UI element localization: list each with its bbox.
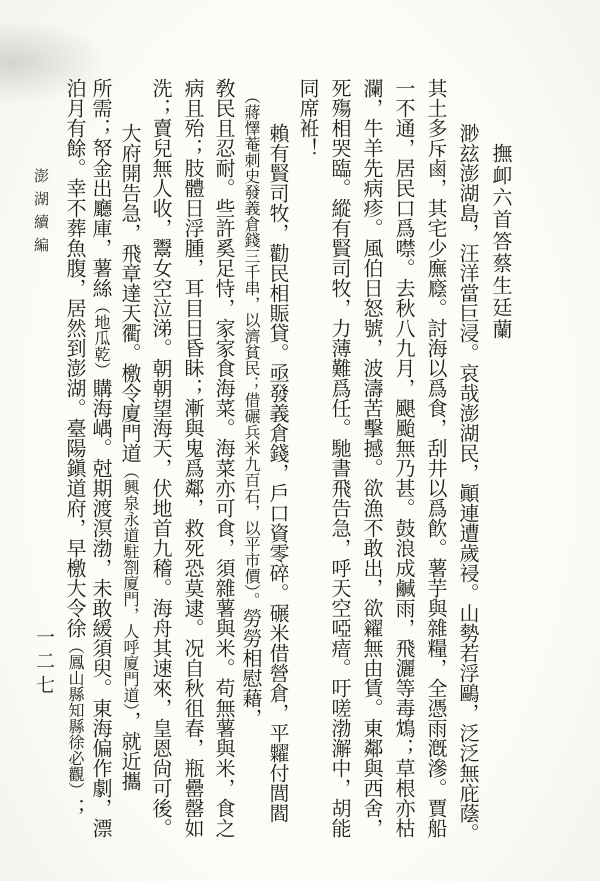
- poem-column-12-segment-2: 購海嵎。尅期渡溟渤，未敢緩須臾。東海偏作劇，漂: [89, 378, 111, 838]
- poem-column-10: 洗；賣兒無人收，鬻女空泣涕。朝朝望海天，伏地首九稽。海舟其速來，皇恩尙可後。: [144, 73, 176, 879]
- poem-column-12: 所需；帑金出廳庫，薯絲（地瓜乾）購海嵎。尅期渡溟渤，未敢緩須臾。東海偏作劇，漂: [87, 73, 114, 879]
- page-number: 一二七: [30, 627, 57, 699]
- annotation-column: （蔣懌菴刺史發義倉錢三千串，以濟貧民；借碾兵米九百石，以平市價）。勞勞相慰藉，: [237, 73, 263, 879]
- poem-column-7-segment-0: 賴有賢司牧，勸民相賑貸。亟發義倉錢，戶口資零碎。碾米借營倉，平糶付閭閻: [266, 123, 288, 823]
- poem-column-13-segment-2: ；: [63, 798, 85, 818]
- margin-book-title: 澎湖續編: [30, 168, 51, 260]
- poem-column-2-segment-0: 其土多斥鹵，其宅少廡廕。討海以爲食，刮井以爲飮。薯芋與雜糧，全憑雨漑滲。賈船: [424, 78, 446, 838]
- poem-column-8: 敎民且忍耐。些許奚足恃，家家食海菜。海菜亦可食，須雜薯與米。苟無薯與米，食之: [208, 73, 237, 879]
- poem-column-11-segment-2: ，就近攜: [118, 711, 140, 791]
- poem-column-5: 死殤相哭臨。縱有賢司牧，力薄難爲任。馳書飛告急，呼天空啞瘖。吁嗟渤澥中，胡能: [323, 73, 355, 879]
- scanned-book-page: { "document": { "margin": { "book_title"…: [0, 0, 600, 881]
- poem-column-4-segment-0: 瀾，牛羊先病疹。風伯日怒號，波濤苦擊撼。欲漁不敢出，欲糴無由賃。東鄰與西舍，: [360, 78, 382, 838]
- poem-column-12-segment-0: 所需；帑金出廳庫，薯絲: [89, 78, 111, 298]
- poem-column-6-segment-0: 同席袵！: [296, 78, 318, 158]
- poem-column-12-segment-1: （地瓜乾）: [92, 298, 109, 378]
- poem-title-segment-0: 撫卹六首答蔡生廷蘭: [489, 143, 511, 341]
- poem-column-1-segment-0: 渺玆澎湖島，汪洋當巨浸。哀哉澎湖民，顚連遭歲祲。山勢若浮鷗，泛泛無庇蔭。: [456, 123, 478, 843]
- poem-column-9: 病且殆；肢體日浮腫，耳目日昏眛；漸與鬼爲鄰，救死恐莫逮。况自秋徂春，瓶罍罄如: [176, 73, 208, 879]
- poem-title: 撫卹六首答蔡生廷蘭: [483, 73, 516, 879]
- poem-column-13-segment-0: 泊月有餘。幸不葬魚腹，居然到澎湖。臺陽鎭道府，早檄大令徐: [63, 78, 85, 638]
- poem-column-6: 同席袵！: [291, 73, 323, 879]
- annotation-column-segment-0: （蔣懌菴刺史發義倉錢三千串，以濟貧民；借碾兵米九百石，以平市價）。: [242, 88, 259, 608]
- poem-text-block: 撫卹六首答蔡生廷蘭渺玆澎湖島，汪洋當巨浸。哀哉澎湖民，顚連遭歲祲。山勢若浮鷗，泛…: [61, 73, 516, 879]
- poem-column-7: 賴有賢司牧，勸民相賑貸。亟發義倉錢，戶口資零碎。碾米借營倉，平糶付閭閻: [263, 73, 291, 879]
- poem-column-13-segment-1: （鳳山縣知縣徐必觀）: [66, 638, 83, 798]
- poem-column-3-segment-0: 一不通，居民口爲噤。去秋八九月，颶颱無乃甚。鼓浪成鹹雨，飛灑等毒鴆；草根亦枯: [392, 78, 414, 838]
- poem-column-11: 大府開告急，飛章達天衢。檄令廈門道（興泉永道駐劄廈門，人呼廈門道），就近攜: [114, 73, 144, 879]
- poem-column-9-segment-0: 病且殆；肢體日浮腫，耳目日昏眛；漸與鬼爲鄰，救死恐莫逮。况自秋徂春，瓶罍罄如: [181, 78, 203, 838]
- annotation-column-segment-1: 勞勞相慰藉，: [239, 608, 261, 728]
- poem-column-1: 渺玆澎湖島，汪洋當巨浸。哀哉澎湖民，顚連遭歲祲。山勢若浮鷗，泛泛無庇蔭。: [451, 73, 483, 879]
- poem-column-4: 瀾，牛羊先病疹。風伯日怒號，波濤苦擊撼。欲漁不敢出，欲糴無由賃。東鄰與西舍，: [355, 73, 387, 879]
- poem-column-11-segment-0: 大府開告急，飛章達天衢。檄令廈門道: [118, 123, 140, 463]
- poem-column-11-segment-1: （興泉永道駐劄廈門，人呼廈門道）: [121, 463, 138, 711]
- poem-column-10-segment-0: 洗；賣兒無人收，鬻女空泣涕。朝朝望海天，伏地首九稽。海舟其速來，皇恩尙可後。: [149, 78, 171, 838]
- poem-column-5-segment-0: 死殤相哭臨。縱有賢司牧，力薄難爲任。馳書飛告急，呼天空啞瘖。吁嗟渤澥中，胡能: [328, 78, 350, 838]
- poem-column-2: 其土多斥鹵，其宅少廡廕。討海以爲食，刮井以爲飮。薯芋與雜糧，全憑雨漑滲。賈船: [419, 73, 451, 879]
- poem-column-3: 一不通，居民口爲噤。去秋八九月，颶颱無乃甚。鼓浪成鹹雨，飛灑等毒鴆；草根亦枯: [387, 73, 419, 879]
- poem-column-8-segment-0: 敎民且忍耐。些許奚足恃，家家食海菜。海菜亦可食，須雜薯與米。苟無薯與米，食之: [212, 78, 234, 838]
- poem-column-13: 泊月有餘。幸不葬魚腹，居然到澎湖。臺陽鎭道府，早檄大令徐（鳳山縣知縣徐必觀）；: [61, 73, 87, 879]
